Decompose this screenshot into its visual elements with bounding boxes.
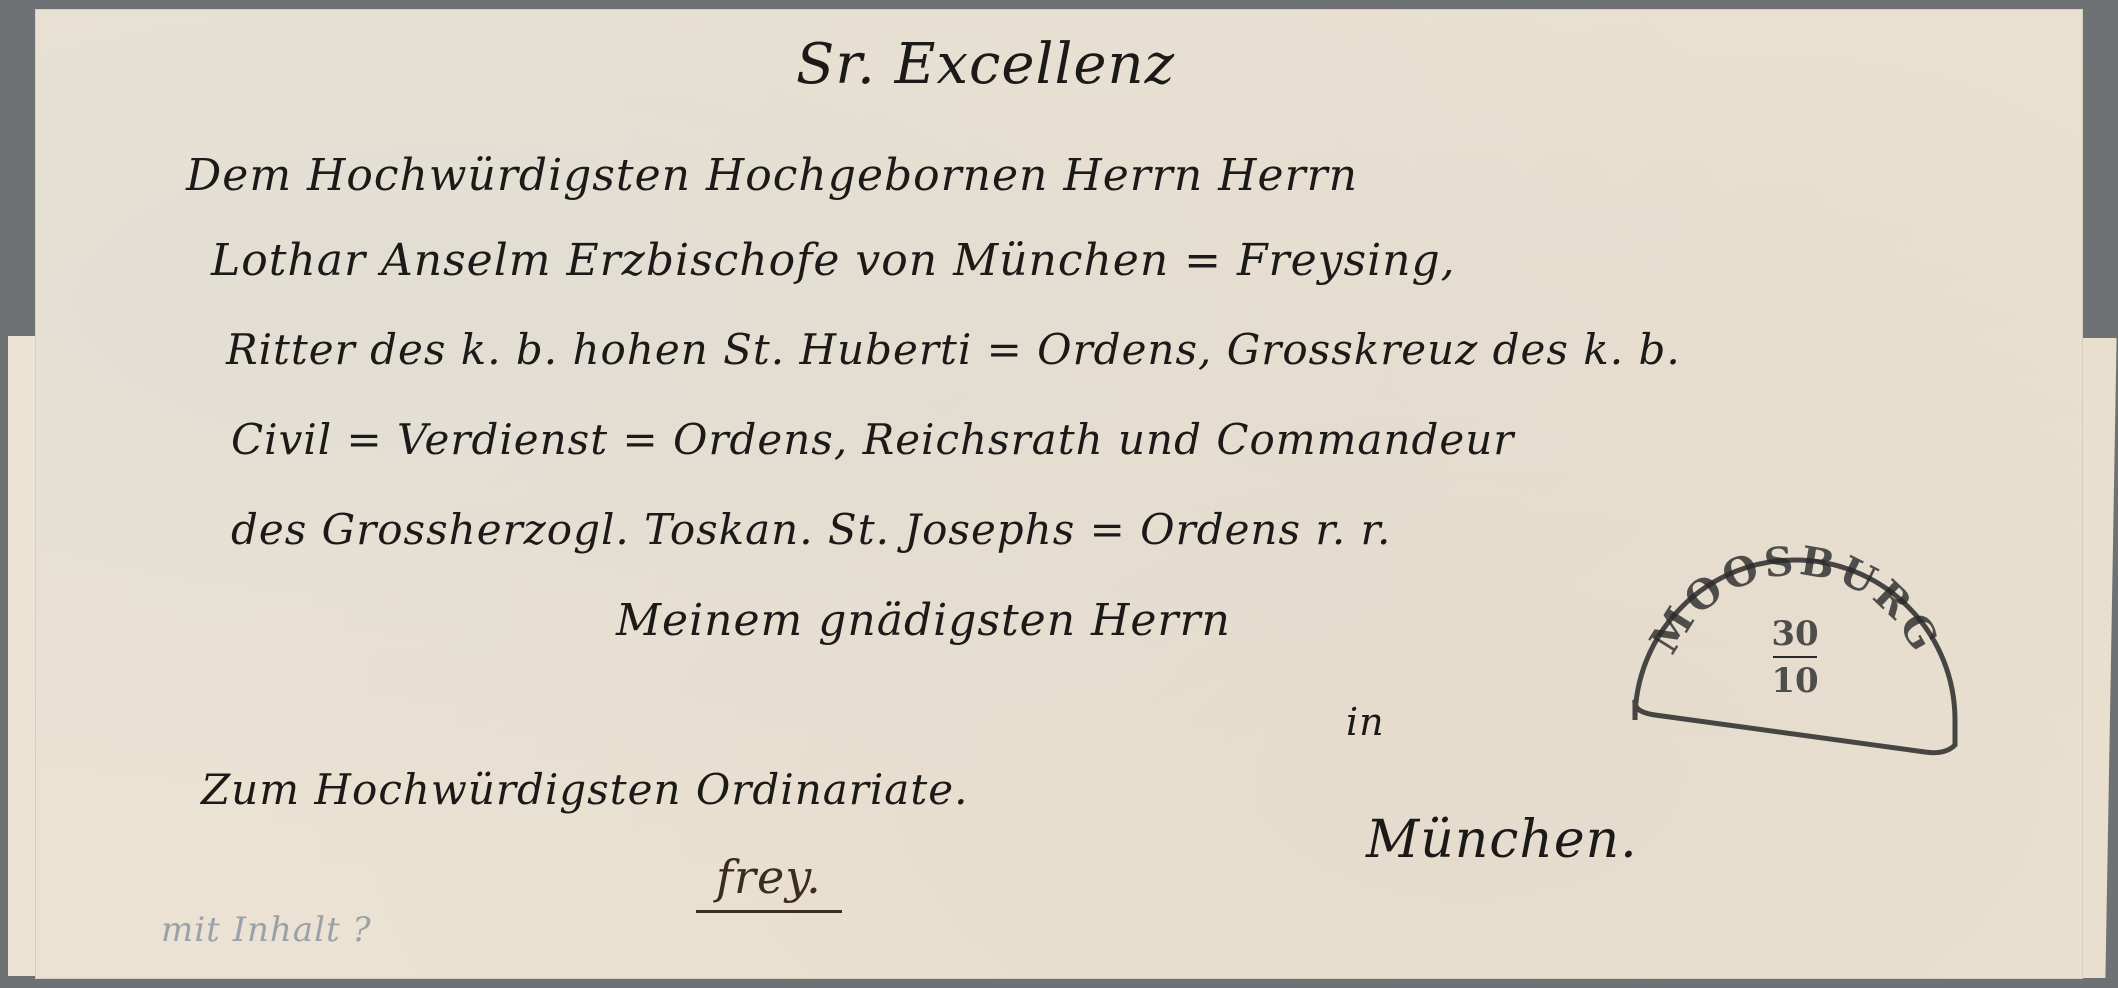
address-title: Sr. Excellenz xyxy=(796,32,1175,97)
pencil-note: mit Inhalt ? xyxy=(161,910,372,950)
address-city: München. xyxy=(1366,810,1638,870)
postmark-stamp: MOOSBURG 30 10 xyxy=(1615,530,1975,780)
address-salutation: Meinem gnädigsten Herrn xyxy=(616,595,1231,646)
sender-note: Zum Hochwürdigsten Ordinariate. xyxy=(201,765,968,814)
address-line-5: des Grossherzogl. Toskan. St. Josephs = … xyxy=(231,505,1391,554)
address-line-3: Ritter des k. b. hohen St. Huberti = Ord… xyxy=(226,325,1681,374)
half-circle-postmark-icon: MOOSBURG 30 10 xyxy=(1615,530,1975,780)
address-line-1: Dem Hochwürdigsten Hochgebornen Herrn He… xyxy=(186,150,1358,201)
postmark-day: 30 xyxy=(1771,614,1818,654)
address-preposition: in xyxy=(1346,700,1385,744)
postmark-month: 10 xyxy=(1771,661,1818,701)
franking-note: frey. xyxy=(696,850,842,913)
address-line-4: Civil = Verdienst = Ordens, Reichsrath u… xyxy=(231,415,1514,464)
address-line-2: Lothar Anselm Erzbischofe von München = … xyxy=(211,235,1456,286)
letter-sheet: Sr. Excellenz Dem Hochwürdigsten Hochgeb… xyxy=(36,10,2082,978)
